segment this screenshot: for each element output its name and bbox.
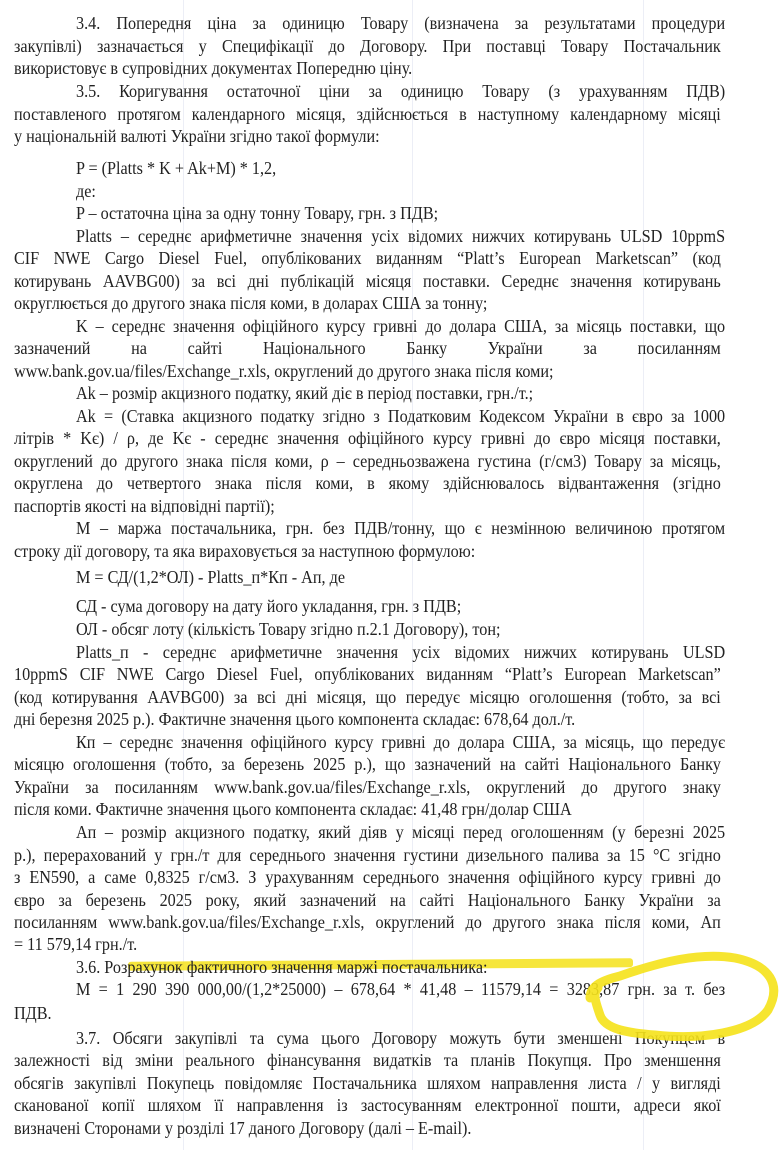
text-line: посиланням www.bank.gov.ua/files/Exchang… (14, 911, 721, 933)
text-line: P = (Platts * K + Ak+M) * 1,2, (76, 157, 725, 179)
text-line: строку дії договору, та яка вираховуєтьс… (14, 540, 721, 562)
text-line: ОЛ - обсяг лоту (кількість Товару згідно… (76, 618, 725, 640)
text-line: Ak – розмір акцизного податку, який діє … (76, 382, 725, 404)
text-line: СД - сума договору на дату його укладанн… (76, 595, 725, 617)
text-line: Ап – розмір акцизного податку, який діяв… (76, 821, 725, 843)
text-line: дні березня 2025 р.). Фактичне значення … (14, 708, 721, 730)
text-line: 3.7. Обсяги закупівлі та сума цього Дого… (76, 1027, 725, 1049)
text-line: закупівлі) зазначається у Специфікації д… (14, 35, 721, 57)
text-line: зазначений на сайті Національного Банку … (14, 337, 721, 359)
text-line: обсягів закупівлі Покупець повідомляє По… (14, 1072, 721, 1094)
text-line: паспортів якості на відповідні партії); (14, 495, 721, 517)
text-line: Кп – середнє значення офіційного курсу г… (76, 731, 725, 753)
text-line: котирувань AAVBG00) за всі дні публікаці… (14, 270, 721, 292)
text-line: K – середнє значення офіційного курсу гр… (76, 315, 725, 337)
text-line: (код котирування AAVBG00) за всі дні міс… (14, 686, 721, 708)
text-line: р.), перерахований у грн./т для середньо… (14, 844, 721, 866)
text-line: України за посиланням www.bank.gov.ua/fi… (14, 776, 721, 798)
text-line: = 11 579,14 грн./т. (14, 933, 721, 955)
text-line: округлена до четвертого знака після коми… (14, 472, 721, 494)
text-line: P – остаточна ціна за одну тонну Товару,… (76, 202, 725, 224)
text-line: www.bank.gov.ua/files/Exchange_r.xls, ок… (14, 360, 721, 382)
text-line: 3.5. Коригування остаточної ціни за один… (76, 80, 725, 102)
text-line: Platts_п - середнє арифметичне значення … (76, 641, 725, 663)
highlighted-line: 3.6. Розрахунок фактичного значення марж… (76, 956, 725, 978)
text-line: визначені Сторонами у розділі 17 даного … (14, 1117, 721, 1139)
text-line: CIF NWE Cargo Diesel Fuel, опублікованих… (14, 247, 721, 269)
text-line: поставленого протягом календарного місяц… (14, 103, 721, 125)
text-line: 10ppmS CIF NWE Cargo Diesel Fuel, опублі… (14, 663, 721, 685)
text-line: сканованої копії шляхом її направлення і… (14, 1094, 721, 1116)
text-line: округлений до другого знака після коми, … (14, 450, 721, 472)
text-line: округлюється до другого знака після коми… (14, 292, 721, 314)
text-line: Platts – середнє арифметичне значення ус… (76, 225, 725, 247)
text-line: місяцю оголошення (тобто, за березень 20… (14, 753, 721, 775)
text-line: після коми. Фактичне значення цього комп… (14, 798, 721, 820)
text-line: з EN590, а саме 0,8325 г/см3. З урахуван… (14, 866, 721, 888)
scanned-document-page: 3.4. Попередня ціна за одиницю Товару (в… (0, 0, 784, 1150)
text-line: M = СД/(1,2*ОЛ) - Platts_п*Кп - Ап, де (76, 566, 725, 588)
text-line: ПДВ. (14, 1002, 721, 1024)
calculation-line: M = 1 290 390 000,00/(1,2*25000) – 678,6… (76, 978, 725, 1000)
text-line: залежності від зміни реального фінансува… (14, 1049, 721, 1071)
text-line: євро за березень 2025 року, який зазначе… (14, 889, 721, 911)
text-line: використовує в супровідних документах По… (14, 57, 721, 79)
text-line: де: (76, 180, 725, 202)
text-line: M – маржа постачальника, грн. без ПДВ/то… (76, 517, 725, 539)
text-line: літрів * Kє) / ρ, де Kє - середнє значен… (14, 427, 721, 449)
text-line: у національній валюті України згідно так… (14, 125, 721, 147)
text-line: Ak = (Ставка акцизного податку згідно з … (76, 405, 725, 427)
text-line: 3.4. Попередня ціна за одиницю Товару (в… (76, 12, 725, 34)
